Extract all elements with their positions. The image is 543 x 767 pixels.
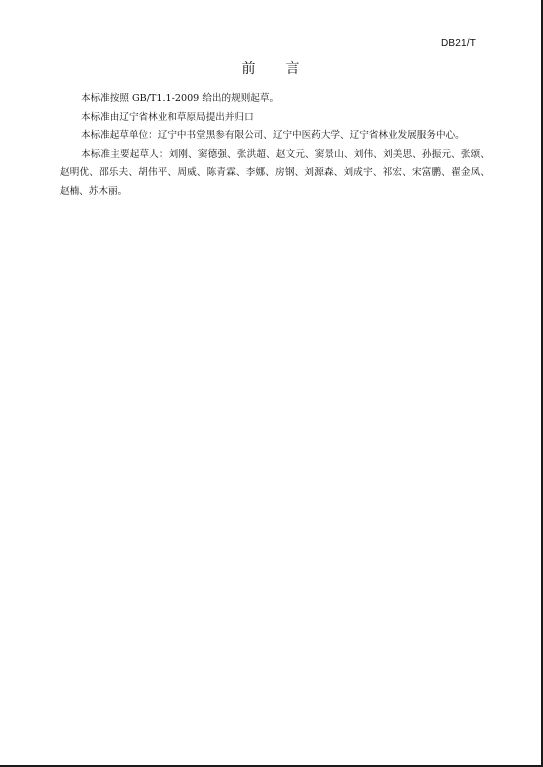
paragraph-drafting-rules: 本标准按照 GB/T1.1-2009 给出的规则起草。 (60, 90, 490, 109)
page-title: 前言 (0, 58, 541, 78)
title-char-1: 前 (242, 58, 256, 78)
paragraph-drafters: 本标准主要起草人：刘刚、窦德强、张洪超、赵文元、窦景山、刘伟、刘美思、孙振元、张… (60, 146, 490, 202)
document-page: DB21/T 前言 本标准按照 GB/T1.1-2009 给出的规则起草。 本标… (0, 0, 543, 767)
document-code: DB21/T (441, 38, 476, 49)
paragraph-drafting-units: 本标准起草单位：辽宁中书堂黑参有限公司、辽宁中医药大学、辽宁省林业发展服务中心。 (60, 127, 490, 146)
foreword-body: 本标准按照 GB/T1.1-2009 给出的规则起草。 本标准由辽宁省林业和草原… (60, 90, 490, 202)
title-char-2: 言 (286, 58, 300, 78)
paragraph-proposer: 本标准由辽宁省林业和草原局提出并归口 (60, 109, 490, 128)
